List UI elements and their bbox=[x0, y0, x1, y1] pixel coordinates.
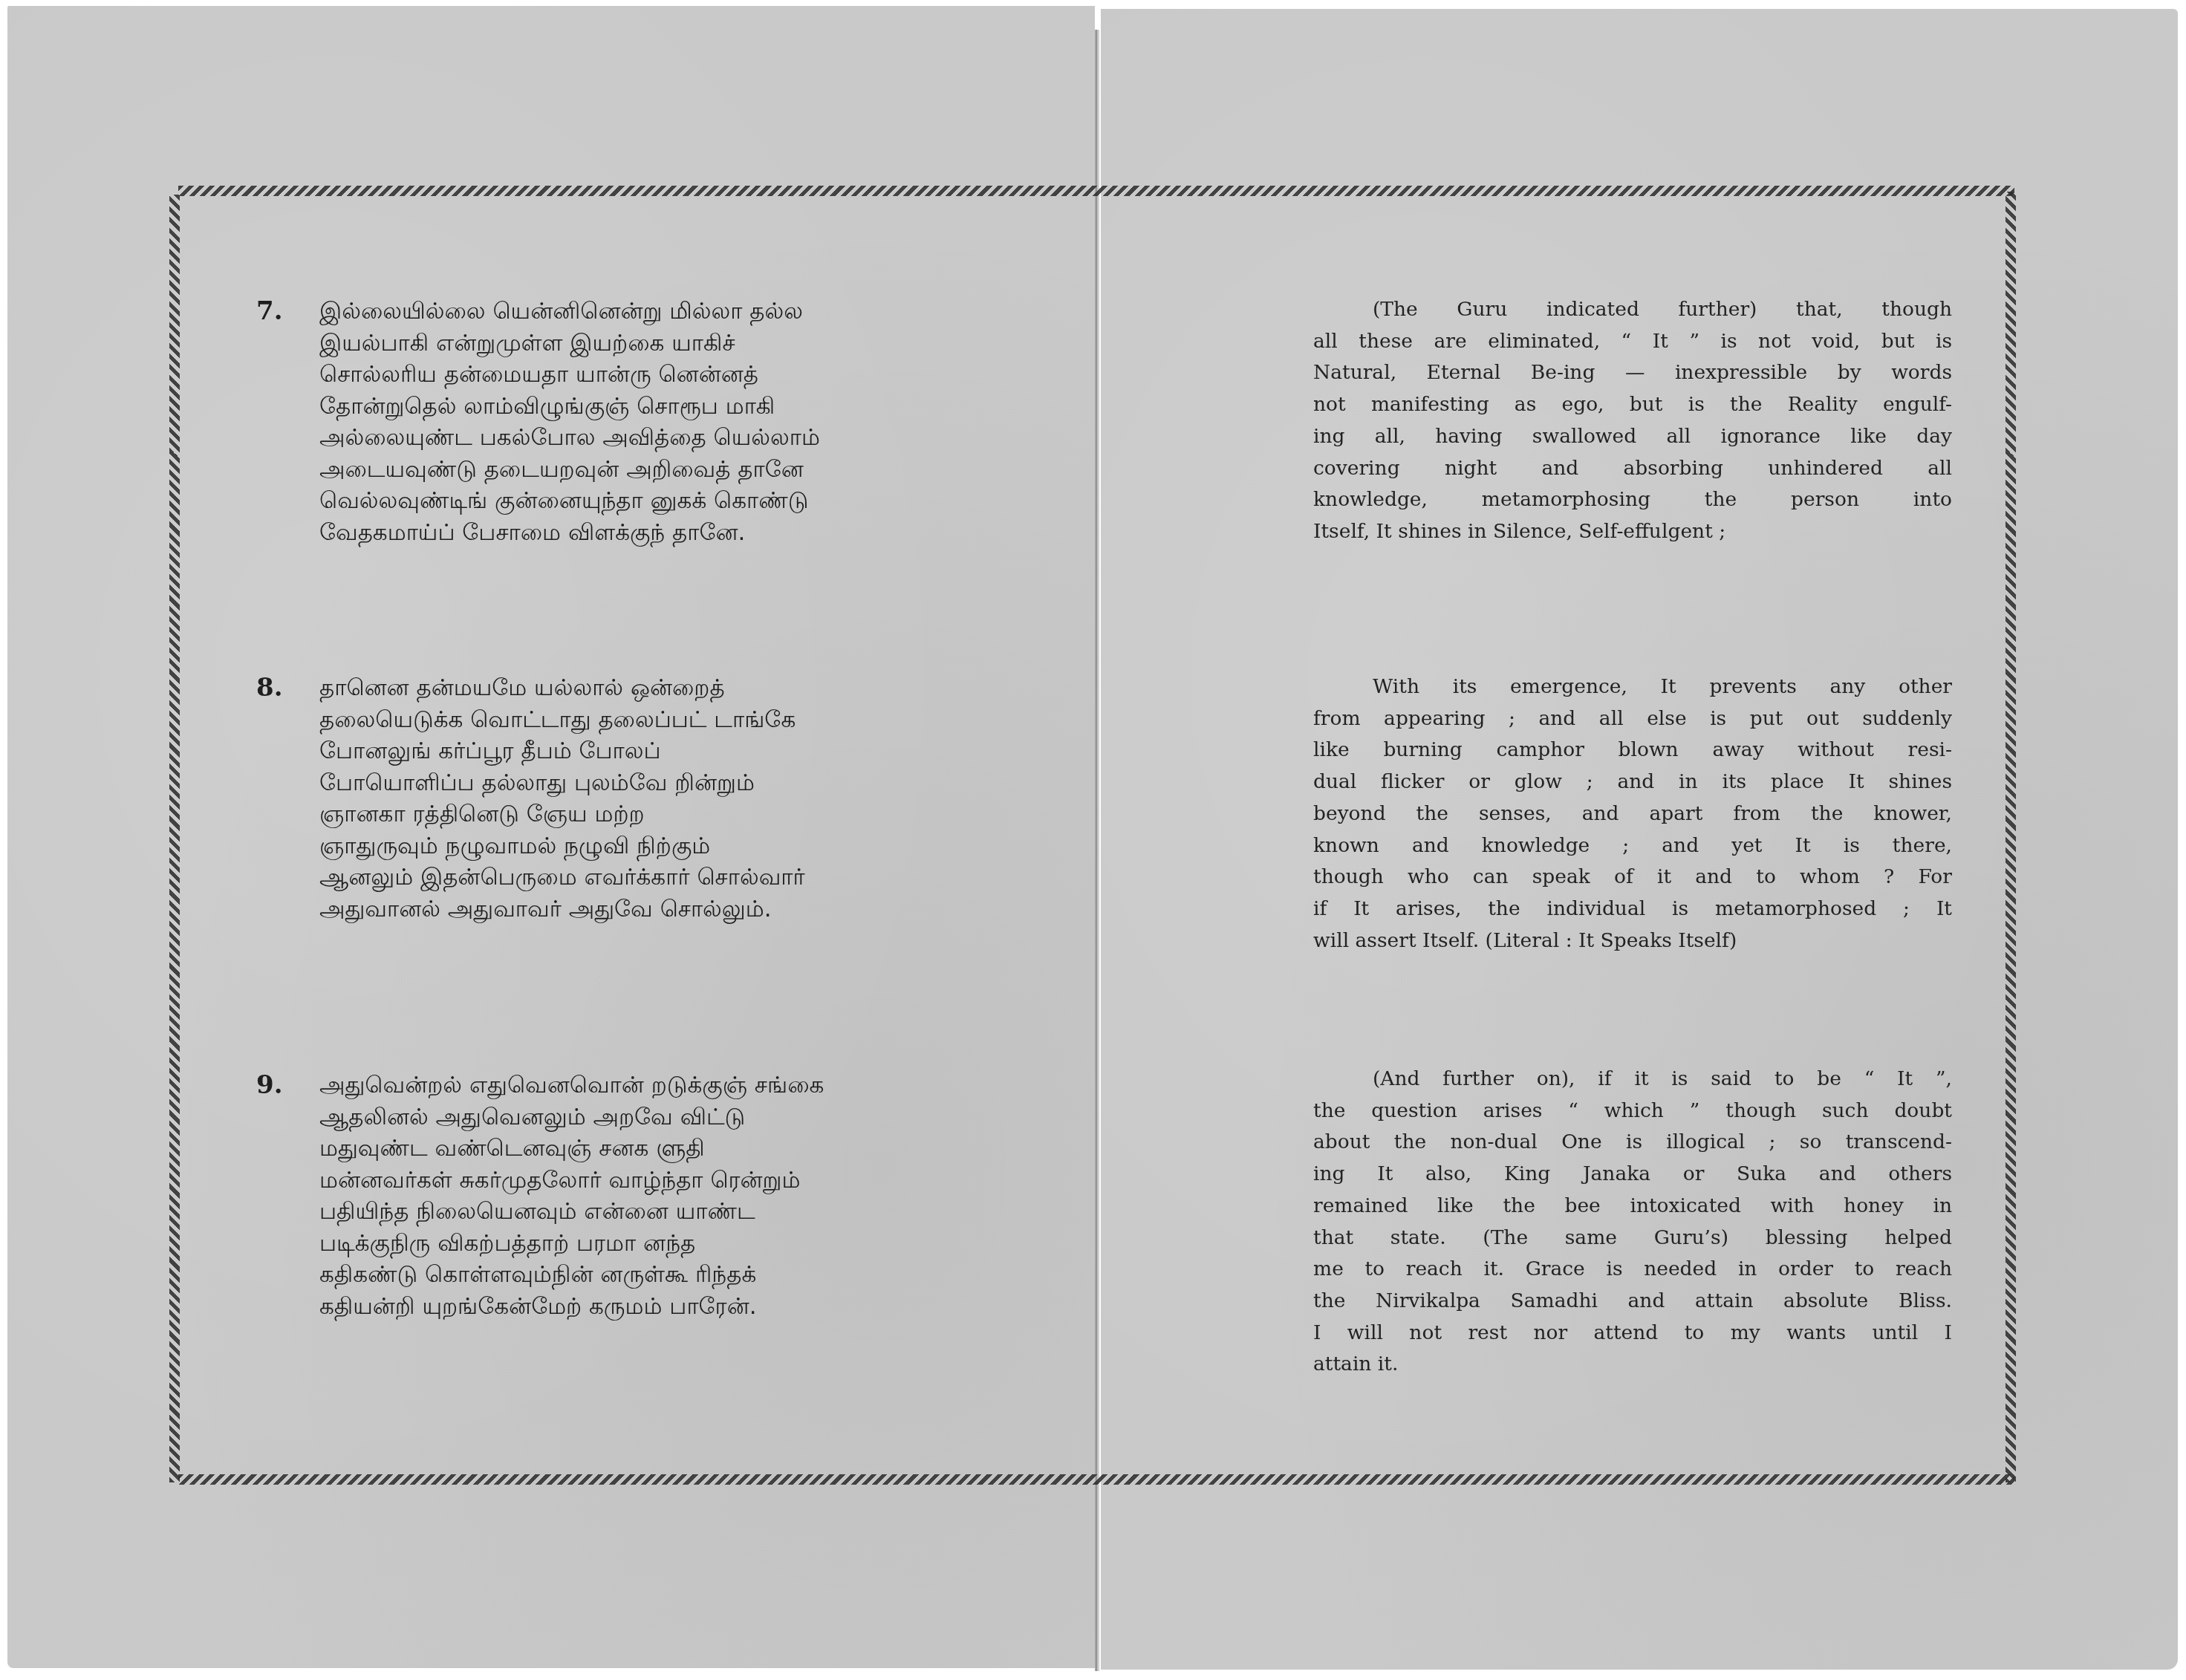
verse-line: படிக்குநிரு விகற்பத்தாற் பரமா னந்த bbox=[319, 1228, 824, 1260]
verse-line: தானென தன்மயமே யல்லால் ஒன்றைத் bbox=[319, 672, 805, 704]
translation-paragraph-9: (And further on), if it is said to be “ … bbox=[1313, 1064, 1952, 1381]
verse-line: சொல்லரிய தன்மையதா யான்ரு னென்னத் bbox=[319, 359, 820, 391]
paragraph-line: (And further on), if it is said to be “ … bbox=[1313, 1064, 1952, 1095]
paragraph-line: not manifesting as ego, but is the Reali… bbox=[1313, 389, 1952, 421]
paragraph-line: ing all, having swallowed all ignorance … bbox=[1313, 421, 1952, 453]
paragraph-line: from appearing ; and all else is put out… bbox=[1313, 703, 1952, 735]
rope-border-top bbox=[178, 186, 2014, 196]
verse-line: அல்லையுண்ட பகல்போல அவித்தை யெல்லாம் bbox=[319, 422, 820, 454]
paragraph-line: known and knowledge ; and yet It is ther… bbox=[1313, 830, 1952, 862]
tamil-verse-8: 8. தானென தன்மயமே யல்லால் ஒன்றைத் தலையெடு… bbox=[256, 672, 805, 925]
paragraph-line: if It arises, the individual is metamorp… bbox=[1313, 893, 1952, 925]
paragraph-line: the Nirvikalpa Samadhi and attain absolu… bbox=[1313, 1286, 1952, 1318]
paragraph-line: like burning camphor blown away without … bbox=[1313, 735, 1952, 766]
verse-line: ஆதலினல் அதுவெனலும் அறவே விட்டு bbox=[319, 1101, 824, 1133]
paragraph-line: though who can speak of it and to whom ?… bbox=[1313, 862, 1952, 893]
verse-line: தோன்றுதெல் லாம்விழுங்குஞ் சொரூப மாகி bbox=[319, 391, 820, 423]
translation-paragraph-8: With its emergence, It prevents any othe… bbox=[1313, 671, 1952, 957]
center-fold bbox=[1095, 30, 1099, 1671]
verse-line: ஞாதுருவும் நழுவாமல் நழுவி நிற்கும் bbox=[319, 830, 805, 862]
verse-number: 9. bbox=[256, 1069, 283, 1101]
verse-line: தலையெடுக்க வொட்டாது தலைப்பட் டாங்கே bbox=[319, 704, 805, 736]
paragraph-line: ing It also, King Janaka or Suka and oth… bbox=[1313, 1159, 1952, 1191]
verse-line: ஞானகா ரத்தினெடு ஞேய மற்ற bbox=[319, 798, 805, 830]
paragraph-line: dual flicker or glow ; and in its place … bbox=[1313, 766, 1952, 798]
tamil-verse-9: 9. அதுவென்றல் எதுவெனவொன் றடுக்குஞ் சங்கை… bbox=[256, 1069, 824, 1322]
verse-line: இயல்பாகி என்றுமுள்ள இயற்கை யாகிச் bbox=[319, 328, 820, 359]
paragraph-line: covering night and absorbing unhindered … bbox=[1313, 453, 1952, 485]
paragraph-line: attain it. bbox=[1313, 1349, 1952, 1381]
paragraph-line: With its emergence, It prevents any othe… bbox=[1313, 671, 1952, 703]
verse-line: போயொளிப்ப தல்லாது புலம்வே றின்றும் bbox=[319, 767, 805, 799]
translation-paragraph-7: (The Guru indicated further) that, thoug… bbox=[1313, 294, 1952, 548]
verse-line: அடையவுண்டு தடையறவுன் அறிவைத் தானே bbox=[319, 454, 820, 486]
verse-line: அதுவென்றல் எதுவெனவொன் றடுக்குஞ் சங்கை bbox=[319, 1069, 824, 1101]
verse-number: 7. bbox=[256, 296, 283, 328]
paragraph-line: (The Guru indicated further) that, thoug… bbox=[1313, 294, 1952, 326]
paragraph-line: remained like the bee intoxicated with h… bbox=[1313, 1191, 1952, 1222]
verse-line: வெல்லவுண்டிங் குன்னையுந்தா னுகக் கொண்டு bbox=[319, 485, 820, 517]
verse-line: மதுவுண்ட வண்டெனவுஞ் சனக ளுதி bbox=[319, 1133, 824, 1165]
verse-number: 8. bbox=[256, 672, 283, 704]
tamil-verse-7: 7. இல்லையில்லை யென்னினென்று மில்லா தல்ல … bbox=[256, 296, 820, 548]
paragraph-line: Itself, It shines in Silence, Self-efful… bbox=[1313, 516, 1952, 548]
verse-line: இல்லையில்லை யென்னினென்று மில்லா தல்ல bbox=[319, 296, 820, 328]
paragraph-line: I will not rest nor attend to my wants u… bbox=[1313, 1318, 1952, 1349]
paragraph-line: the question arises “ which ” though suc… bbox=[1313, 1095, 1952, 1127]
paragraph-line: about the non-dual One is illogical ; so… bbox=[1313, 1127, 1952, 1159]
paragraph-line: that state. (The same Guru’s) blessing h… bbox=[1313, 1222, 1952, 1254]
verse-line: வேதகமாய்ப் பேசாமை விளக்குந் தானே. bbox=[319, 517, 820, 549]
paragraph-line: will assert Itself. (Literal : It Speaks… bbox=[1313, 925, 1952, 957]
rope-border-left bbox=[169, 195, 180, 1482]
rope-border-bottom bbox=[178, 1474, 2014, 1485]
verse-line: கதிகண்டு கொள்ளவும்நின் னருள்கூ ரிந்தக் bbox=[319, 1259, 824, 1291]
paragraph-line: me to reach it. Grace is needed in order… bbox=[1313, 1254, 1952, 1286]
verse-line: அதுவானல் அதுவாவர் அதுவே சொல்லும். bbox=[319, 893, 805, 925]
paragraph-line: knowledge, metamorphosing the person int… bbox=[1313, 484, 1952, 516]
paragraph-line: Natural, Eternal Be-ing — inexpressible … bbox=[1313, 357, 1952, 389]
verse-line: போனலுங் கர்ப்பூர தீபம் போலப் bbox=[319, 735, 805, 767]
verse-line: பதியிந்த நிலையெனவும் என்னை யாண்ட bbox=[319, 1196, 824, 1228]
verse-line: கதியன்றி யுறங்கேன்மேற் கருமம் பாரேன். bbox=[319, 1291, 824, 1323]
verse-line: மன்னவர்கள் சுகர்முதலோர் வாழ்ந்தா ரென்றும… bbox=[319, 1165, 824, 1196]
rope-border-right bbox=[2006, 192, 2016, 1482]
paragraph-line: all these are eliminated, “ It ” is not … bbox=[1313, 326, 1952, 358]
verse-line: ஆனலும் இதன்பெருமை எவர்க்கார் சொல்வார் bbox=[319, 862, 805, 893]
paragraph-line: beyond the senses, and apart from the kn… bbox=[1313, 798, 1952, 830]
